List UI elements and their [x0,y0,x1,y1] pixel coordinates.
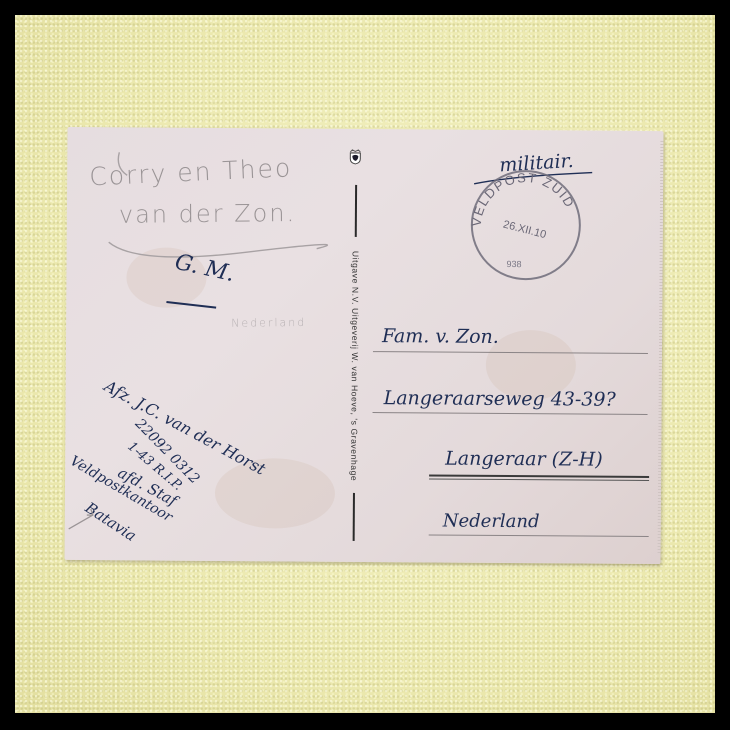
postmark-stamp: VELDPOST ZUID 26.XII.10 938 [466,163,585,282]
divider-line-bottom [353,493,355,541]
pencil-arrow-mark [65,497,105,537]
svg-text:VELDPOST ZUID: VELDPOST ZUID [469,170,578,228]
publisher-logo-icon [348,149,362,165]
publisher-imprint: Uitgave N.V. Uitgeverij W. van Hoeve, 's… [346,241,364,491]
address-line-1: Fam. v. Zon. [382,325,499,348]
postmark-ring-text: VELDPOST ZUID [469,170,578,228]
pencil-underline [106,147,357,279]
address-rule-3 [429,474,649,478]
address-rule-2 [373,412,648,415]
address-line-3: Langeraar (Z-H) [445,448,603,471]
postmark-bottom-text: 938 [507,259,522,269]
sender-block: Afz. J.C. van der Horst 22092 0312 1-43 … [75,327,336,539]
address-line-2: Langeraarseweg 43-39? [384,387,616,411]
postcard: Corry en Theo van der Zon. Nederland G. … [64,127,663,564]
address-rule-4 [429,534,649,537]
divider-line-top [355,185,357,237]
address-line-4: Nederland [443,511,540,533]
address-rule-3b [429,478,649,481]
postmark-date: 26.XII.10 [502,219,548,242]
